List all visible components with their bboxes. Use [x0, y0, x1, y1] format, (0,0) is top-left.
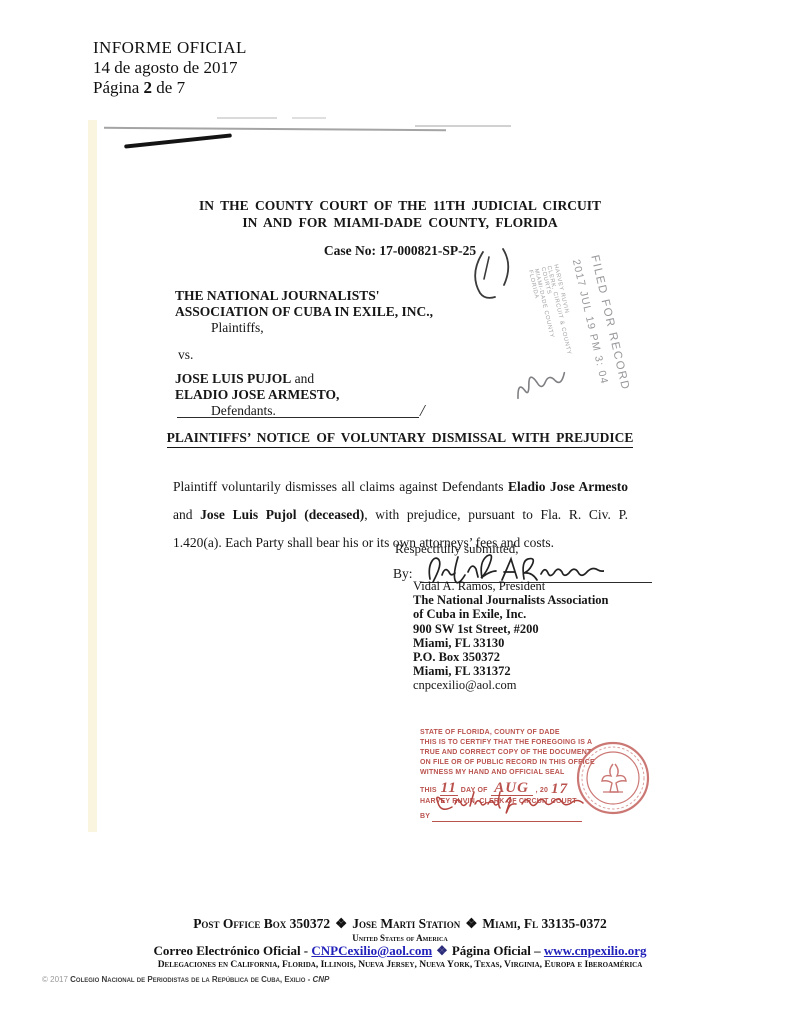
- clerk-court-seal: [575, 740, 651, 816]
- defendant1-line: JOSE LUIS PUJOL and: [175, 371, 339, 387]
- org-line: Miami, FL 331372: [413, 664, 609, 678]
- copyright-line: © 2017 Colegio Nacional de Periodistas d…: [42, 975, 329, 984]
- defendant-block: JOSE LUIS PUJOL and ELADIO JOSE ARMESTO,…: [175, 371, 339, 419]
- diamond-icon: ❖: [335, 916, 347, 931]
- report-date: 14 de agosto de 2017: [93, 58, 247, 78]
- footer-station: Jose Marti Station: [352, 916, 460, 931]
- copyright-org: Colegio Nacional de Periodistas de la Re…: [70, 975, 312, 984]
- handwritten-annotation-mark: [466, 246, 518, 304]
- defendant2-line: ELADIO JOSE ARMESTO,: [175, 387, 339, 403]
- caption-separator-slash: /: [420, 401, 425, 421]
- footer-email-label: Correo Electrónico Oficial -: [154, 943, 312, 958]
- handwritten-deputy-clerk-signature: [430, 786, 585, 818]
- report-page-indicator: Página 2 de 7: [93, 78, 247, 98]
- cert-by-label: BY: [420, 812, 430, 822]
- plaintiff-name-line2: ASSOCIATION OF CUBA IN EXILE, INC.,: [175, 304, 433, 320]
- caption-separator-line: [177, 417, 419, 418]
- versus-label: vs.: [178, 347, 193, 363]
- org-line: P.O. Box 350372: [413, 650, 609, 664]
- defendant-name-bold: Jose Luis Pujol (deceased): [200, 507, 364, 522]
- court-title-line2: IN AND FOR MIAMI-DADE COUNTY, FLORIDA: [100, 214, 700, 231]
- org-line: 900 SW 1st Street, #200: [413, 622, 609, 636]
- cert-line: STATE OF FLORIDA, COUNTY OF DADE: [420, 728, 610, 738]
- report-header: INFORME OFICIAL 14 de agosto de 2017 Pág…: [93, 38, 247, 98]
- footer-contact-line: Correo Electrónico Oficial - CNPCexilio@…: [0, 943, 800, 959]
- footer-city-zip: Miami, Fl 33135-0372: [482, 916, 606, 931]
- scan-artifact-line: [104, 127, 446, 131]
- scan-edge-strip: [88, 120, 97, 832]
- copyright-cnp: CNP: [313, 975, 330, 984]
- footer-site-label: Página Oficial –: [452, 943, 544, 958]
- body-text: Plaintiff voluntarily dismisses all clai…: [173, 479, 508, 494]
- notice-title: PLAINTIFFS’ NOTICE OF VOLUNTARY DISMISSA…: [100, 430, 700, 448]
- org-line: Miami, FL 33130: [413, 636, 609, 650]
- court-title-line1: IN THE COUNTY COURT OF THE 11TH JUDICIAL…: [100, 197, 700, 214]
- org-line: The National Journalists Association: [413, 593, 609, 607]
- court-heading: IN THE COUNTY COURT OF THE 11TH JUDICIAL…: [100, 197, 700, 231]
- scan-artifact-dash: [124, 133, 232, 148]
- defendant-name-bold: Eladio Jose Armesto: [508, 479, 628, 494]
- plaintiff-block: THE NATIONAL JOURNALISTS' ASSOCIATION OF…: [175, 288, 433, 336]
- plaintiffs-label: Plaintiffs,: [175, 320, 433, 336]
- copyright-year: © 2017: [42, 975, 70, 984]
- scan-artifact-line: [415, 125, 511, 127]
- footer-email-link[interactable]: CNPCexilio@aol.com: [311, 943, 432, 958]
- footer-address-line: Post Office Box 350372❖Jose Marti Statio…: [0, 916, 800, 932]
- footer-website-link[interactable]: www.cnpexilio.org: [544, 943, 647, 958]
- signer-name-title: Vidal A. Ramos, President: [413, 579, 609, 593]
- report-title: INFORME OFICIAL: [93, 38, 247, 58]
- footer-country-line: United States of America: [0, 933, 800, 943]
- diamond-icon: ❖: [465, 916, 477, 931]
- scan-artifact-line: [217, 117, 277, 119]
- plaintiff-name-line1: THE NATIONAL JOURNALISTS': [175, 288, 433, 304]
- body-text: and: [173, 507, 200, 522]
- footer-delegations-line: Delegaciones en California, Florida, Ill…: [0, 960, 800, 970]
- signature-block: Vidal A. Ramos, President The National J…: [413, 579, 609, 693]
- document-page: INFORME OFICIAL 14 de agosto de 2017 Pág…: [0, 0, 800, 1035]
- org-line: of Cuba in Exile, Inc.: [413, 607, 609, 621]
- diamond-icon: ❖: [436, 943, 448, 958]
- signer-email: cnpcexilio@aol.com: [413, 678, 609, 692]
- footer-po-box: Post Office Box 350372: [193, 916, 330, 931]
- case-number: Case No: 17-000821-SP-25: [100, 243, 700, 259]
- scan-artifact-line: [292, 117, 326, 119]
- by-label: By:: [393, 566, 413, 582]
